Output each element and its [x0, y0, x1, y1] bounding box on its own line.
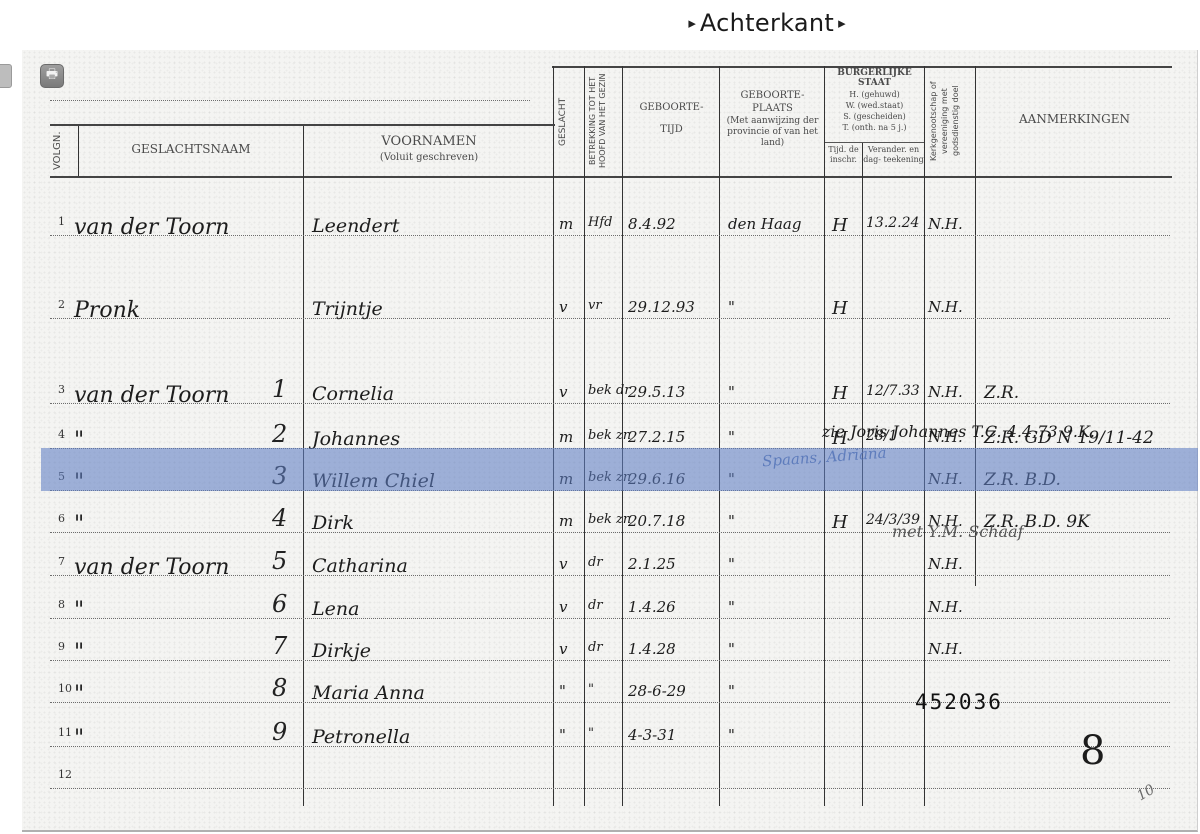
header-volgnummer: VOLGN. — [52, 126, 72, 176]
row-place: " — [728, 555, 735, 573]
header-geboorteplaats-2: PLAATS — [721, 103, 824, 114]
scanned-registration-card: VOLGN. GESLACHTSNAAM VOORNAMEN (Voluit g… — [22, 50, 1198, 832]
header-bs-h: H. (gehuwd) — [825, 90, 924, 99]
row-first: Leendert — [312, 215, 399, 237]
row-rel: vr — [588, 298, 602, 313]
header-burgerlijke-staat-1: BURGERLIJKE — [825, 68, 924, 78]
row-first: Johannes — [312, 428, 400, 450]
address-line — [50, 100, 530, 101]
annotation-row6-note: met Y.M. Schaaf — [892, 522, 1024, 541]
row-nr: 6 — [58, 512, 65, 525]
row-place: " — [728, 428, 735, 446]
row-rel: " — [588, 726, 594, 741]
page-mark: 8 — [1080, 728, 1105, 774]
header-geboortetijd-2: TIJD — [624, 124, 719, 135]
row-place: " — [728, 726, 735, 744]
header-burgerlijke-staat-2: STAAT — [825, 78, 924, 88]
row-rel: dr — [588, 598, 603, 613]
row-civil: H — [832, 512, 848, 533]
corner-mark: 10 — [1134, 782, 1157, 805]
row-first: Dirk — [312, 512, 354, 534]
header-voornamen-sub: (Voluit geschreven) — [305, 152, 553, 163]
row-church: N.H. — [928, 383, 963, 401]
row-rel: Hfd — [588, 215, 612, 230]
triangle-left-icon[interactable]: ▸ — [688, 14, 696, 32]
header-geslacht: GESLACHT — [558, 70, 580, 174]
row-rel: " — [588, 682, 594, 697]
header-frame-line — [553, 66, 554, 128]
row-sex: v — [559, 298, 567, 316]
row-rel: dr — [588, 640, 603, 655]
row-sex: v — [559, 640, 567, 658]
row-nr: 2 — [58, 298, 65, 311]
row-nr: 7 — [58, 555, 65, 568]
row-rel: bek zn — [588, 428, 631, 443]
burgerlijke-split-line — [825, 142, 924, 143]
row-sex: v — [559, 555, 567, 573]
row-surname: van der Toorn — [74, 555, 229, 580]
row-nr: 4 — [58, 428, 65, 441]
row-civil: H — [832, 383, 848, 404]
row-first: Maria Anna — [312, 682, 425, 704]
row-church: N.H. — [928, 640, 963, 658]
row-born: 29.5.13 — [628, 383, 685, 401]
row-born: 4-3-31 — [628, 726, 676, 744]
row-place: " — [728, 682, 735, 700]
page-side-title: Achterkant — [700, 9, 834, 37]
row-church: N.H. — [928, 598, 963, 616]
row-nr: 3 — [58, 383, 65, 396]
col-line — [719, 66, 720, 806]
row-rel: dr — [588, 555, 603, 570]
header-bottom-border — [50, 176, 1172, 178]
header-aanmerkingen: AANMERKINGEN — [977, 112, 1172, 126]
row-born: 1.4.28 — [628, 640, 676, 658]
row-first: Cornelia — [312, 383, 394, 405]
row-idx: 9 — [272, 718, 287, 746]
row-nr: 12 — [58, 768, 72, 781]
row-surname: " — [74, 598, 84, 623]
header-geboorteplaats-sub: (Met aanwijzing der provincie of van het… — [724, 116, 821, 149]
row-born: 20.7.18 — [628, 512, 685, 530]
row-place: den Haag — [728, 215, 801, 233]
row-remarks: Z.R. — [984, 383, 1019, 403]
printer-icon: 🖶 — [46, 65, 58, 87]
triangle-right-icon[interactable]: ▸ — [838, 14, 846, 32]
row-surname: van der Toorn — [74, 215, 229, 240]
row-surname: " — [74, 726, 84, 751]
annotation-row4-note: zie Joris Johannes T.C. 4.4.73 9.K. — [822, 422, 1095, 441]
header-bs-t: T. (onth. na 5 j.) — [825, 123, 924, 132]
row-civil: H — [832, 215, 848, 236]
side-panel-toggle-button[interactable] — [0, 64, 12, 88]
row-place: " — [728, 598, 735, 616]
row-place: " — [728, 640, 735, 658]
row-place: " — [728, 298, 735, 316]
row-rel: bek zn — [588, 512, 631, 527]
selected-row-highlight[interactable] — [41, 448, 1198, 491]
header-bs-w: W. (wed.staat) — [825, 101, 924, 110]
row-first: Trijntje — [312, 298, 383, 320]
header-geslachtsnaam: GESLACHTSNAAM — [80, 142, 302, 156]
row-church: N.H. — [928, 215, 963, 233]
print-button[interactable]: 🖶 — [40, 64, 64, 88]
row-nr: 8 — [58, 598, 65, 611]
row-nr: 11 — [58, 726, 72, 739]
row-nr: 10 — [58, 682, 72, 695]
row-idx: 8 — [272, 674, 287, 702]
row-date: 13.2.24 — [866, 215, 919, 231]
row-guide-line — [50, 618, 1170, 619]
row-place: " — [728, 383, 735, 401]
row-guide-line — [50, 746, 1170, 747]
page-navigation: ▸ Achterkant ▸ — [0, 0, 1200, 46]
row-idx: 5 — [272, 547, 287, 575]
header-geboortetijd-1: GEBOORTE- — [624, 102, 719, 113]
row-born: 27.2.15 — [628, 428, 685, 446]
row-surname: Pronk — [74, 298, 140, 323]
row-born: 29.12.93 — [628, 298, 695, 316]
row-sex: m — [559, 428, 573, 446]
row-guide-line — [50, 660, 1170, 661]
row-sex: v — [559, 598, 567, 616]
row-nr: 1 — [58, 215, 65, 228]
row-first: Catharina — [312, 555, 408, 577]
row-church: N.H. — [928, 555, 963, 573]
col-line — [584, 66, 585, 806]
row-surname: " — [74, 640, 84, 665]
row-first: Dirkje — [312, 640, 371, 662]
row-sex: " — [559, 682, 566, 700]
row-born: 28-6-29 — [628, 682, 686, 700]
row-surname: van der Toorn — [74, 383, 229, 408]
col-line — [78, 126, 79, 176]
header-verandering: Verander. en dag- teekening — [863, 145, 924, 165]
header-tijd-inschr: Tijd. de inschr. — [825, 145, 862, 165]
row-idx: 1 — [272, 375, 287, 403]
col-line — [975, 66, 976, 176]
row-rel: bek dr — [588, 383, 631, 398]
row-sex: " — [559, 726, 566, 744]
row-idx: 6 — [272, 590, 287, 618]
header-betrekking: BETREKKING TOT HET HOOFD VAN HET GEZIN — [588, 68, 620, 174]
row-guide-line — [50, 318, 1170, 319]
stamp-number: 452036 — [915, 690, 1003, 714]
row-sex: m — [559, 512, 573, 530]
row-sex: m — [559, 215, 573, 233]
row-born: 1.4.26 — [628, 598, 676, 616]
row-church: N.H. — [928, 298, 963, 316]
row-date: 12/7.33 — [866, 383, 920, 399]
row-surname: " — [74, 512, 84, 537]
row-idx: 4 — [272, 504, 287, 532]
row-sex: v — [559, 383, 567, 401]
header-bs-s: S. (gescheiden) — [825, 112, 924, 121]
row-first: Lena — [312, 598, 359, 620]
row-born: 8.4.92 — [628, 215, 676, 233]
row-idx: 7 — [272, 632, 287, 660]
row-guide-line — [50, 788, 1170, 789]
row-born: 2.1.25 — [628, 555, 676, 573]
row-place: " — [728, 512, 735, 530]
row-first: Petronella — [312, 726, 410, 748]
header-kerkgenootschap: Kerkgenootschap of vereeniging met godsd… — [928, 68, 972, 174]
header-voornamen: VOORNAMEN — [305, 134, 553, 149]
row-idx: 2 — [272, 420, 287, 448]
row-civil: H — [832, 298, 848, 319]
header-geboorteplaats-1: GEBOORTE- — [721, 90, 824, 101]
row-nr: 9 — [58, 640, 65, 653]
row-surname: " — [74, 682, 84, 707]
